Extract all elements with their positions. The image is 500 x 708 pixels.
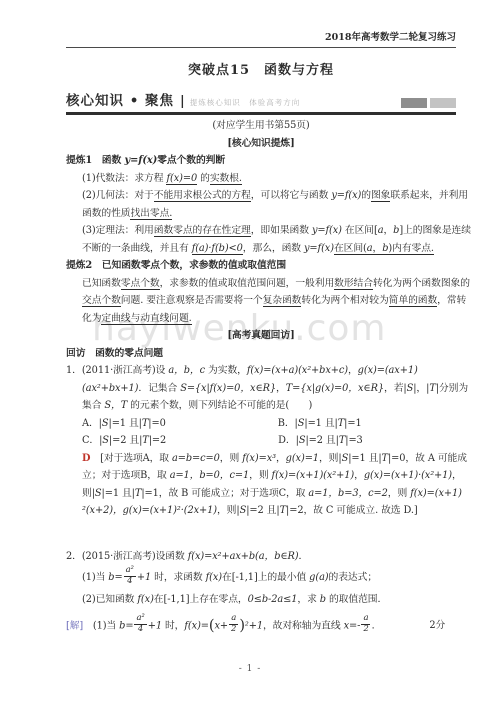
section-banner-blocks	[401, 98, 456, 108]
text-segment: ²(x+2)，g(x)=(x+1)²·(2x+1)	[82, 505, 217, 516]
text-segment: x=-	[344, 620, 361, 631]
text-segment: ，	[276, 453, 286, 464]
text-segment: 为实数，	[205, 365, 247, 376]
text-segment: A．|	[82, 418, 102, 429]
text-segment: (2)几何法：对于	[82, 190, 154, 201]
text-segment: 提炼1 函数	[66, 155, 125, 166]
text-segment: |=2 且|	[305, 435, 338, 446]
text-segment: f(x)=	[184, 620, 209, 631]
text-segment: (1)当	[83, 620, 119, 631]
text-segment: 集合	[82, 400, 104, 411]
text-segment: 提炼2 已知函数零点个数，求参数的值或取值范围	[66, 260, 286, 271]
text-segment: ，若|	[384, 383, 407, 394]
text-segment: ，常转	[437, 295, 466, 306]
text-segment: ，则	[220, 453, 242, 464]
section-banner-title: 核心知识 • 聚焦	[66, 89, 174, 109]
text-segment: 0≤b-2a≤1	[248, 594, 298, 605]
text-segment: b=	[108, 572, 122, 583]
text-segment: 的元素个数，则下列结论不可能的是( )	[127, 400, 312, 411]
text-line: C．|S|=2 且|T|=2D．|S|=2 且|T|=3	[66, 432, 456, 450]
text-line	[66, 520, 456, 548]
text-segment: 联系起来，并利用	[390, 190, 468, 201]
text-segment: [核心知识提炼]	[227, 138, 294, 149]
fraction: a2	[361, 614, 370, 635]
fraction: a2	[229, 614, 238, 635]
text-line: (2)几何法：对于不能用求根公式的方程，可以将它与函数 y=f(x)的图象联系起…	[66, 187, 456, 205]
text-segment: 的	[361, 190, 371, 201]
text-segment: |=0	[148, 418, 165, 429]
text-segment: 在[-1,1]上存在零点，	[154, 594, 248, 605]
text-line: 回访 函数的零点问题	[66, 345, 456, 363]
text-segment: S	[102, 418, 109, 429]
text-segment: x+	[214, 620, 228, 631]
text-line: 交点个数问题. 要注意观察是否需要将一个复杂函数转化为两个相对较为简单的函数，常…	[66, 292, 456, 310]
text-segment: 1．(2011·浙江高考)设	[66, 365, 168, 376]
text-segment: |=1 且|	[348, 453, 381, 464]
text-segment: [高考真题回访]	[227, 330, 294, 341]
text-line: [核心知识提炼]	[66, 135, 456, 153]
text-segment: |=1，故 B 可能成立；对于选项C，取	[141, 488, 308, 499]
text-segment: |=1 且|	[109, 418, 142, 429]
text-segment: f(x)=0	[166, 173, 197, 185]
text-segment: 图象	[371, 190, 390, 202]
text-segment: (2)已知函数	[82, 594, 137, 605]
text-line: 提炼1 函数 y=f(x)零点个数的判断	[66, 152, 456, 170]
text-line: [高考真题回访]	[66, 327, 456, 345]
document-page: hayiwenku.com 2018年高考数学二轮复习练习 突破点15 函数与方…	[0, 0, 500, 708]
text-segment: g(x)=(ax+1)	[358, 365, 418, 376]
text-line: 集合 S，T 的元素个数，则下列结论不可能的是( )	[66, 397, 456, 415]
section-banner-tagline: 提炼核心知识 体验高考方向	[190, 97, 301, 108]
text-segment: (1)当	[82, 572, 108, 583]
text-segment: 在区间[	[342, 225, 378, 236]
text-segment: D．|	[278, 435, 299, 446]
text-segment: 在区间(	[334, 243, 367, 255]
text-segment: [对于选项A，取	[90, 453, 172, 464]
text-segment: f(x)	[137, 594, 153, 605]
text-segment: 复杂函数	[263, 295, 302, 307]
text-segment: 找出零点.	[130, 208, 172, 220]
text-segment: 问题. 要注意观察是否需要将一个	[121, 295, 263, 306]
text-line: 已知函数零点个数，求参数的值或取值范围问题，一般利用数形结合转化为两个函数图象的	[66, 275, 456, 293]
text-segment: 2分	[429, 620, 445, 631]
text-segment: 的表达式；	[329, 572, 377, 583]
text-segment: ，故对称轴为直线	[263, 620, 344, 631]
text-segment: C．|	[82, 435, 102, 446]
page-number: - 1 -	[0, 664, 500, 674]
text-segment: ，即如果函数	[251, 225, 312, 236]
text-line: 提炼2 已知函数零点个数，求参数的值或取值范围	[66, 257, 456, 275]
text-segment: 交点个数	[82, 295, 121, 307]
text-segment: g(x)=(x+1)·(x²+1)	[364, 470, 452, 481]
page-title: 突破点15 函数与方程	[66, 59, 456, 78]
text-segment: f(x)=(x+a)(x²+bx+c)	[247, 365, 348, 376]
text-segment: 立；对于选项B，取	[82, 470, 170, 481]
text-segment: g(a)	[309, 572, 328, 583]
text-segment: [解]	[66, 620, 83, 631]
text-segment: 已知函数	[82, 278, 121, 289]
text-segment: 的取值范围．	[326, 594, 387, 605]
text-segment: y=f(x)	[125, 155, 158, 166]
text-segment: +1	[148, 620, 162, 631]
text-segment: 化为	[82, 313, 101, 324]
text-segment: ，	[348, 365, 358, 376]
text-segment: S	[102, 435, 109, 446]
text-segment: a，b，c	[168, 365, 205, 376]
text-line: (2)已知函数 f(x)在[-1,1]上存在零点，0≤b-2a≤1，求 b 的取…	[66, 591, 456, 609]
text-segment: |=1 且|	[304, 418, 337, 429]
text-segment: 数形结合	[334, 278, 373, 290]
text-segment: S={x|f(x)=0，x∈R}	[180, 383, 276, 394]
text-segment: |=1	[344, 418, 361, 429]
text-segment: ²+1	[245, 620, 263, 631]
text-segment: 在[-1,1]上的最小值	[222, 572, 309, 583]
text-segment: 函数的性质	[82, 208, 130, 219]
text-line: 2．(2015·浙江高考)设函数 f(x)=x²+ax+b(a，b∈R)．	[66, 548, 456, 566]
text-segment: 的	[197, 173, 210, 184]
decoration-block-light	[430, 98, 456, 108]
text-segment: ，则	[388, 488, 410, 499]
text-line: (1)代数法：求方程 f(x)=0 的实数根.	[66, 170, 456, 188]
text-line: A．|S|=1 且|T|=0B．|S|=1 且|T|=1	[66, 415, 456, 433]
text-line: ²(x+2)，g(x)=(x+1)²·(2x+1)，则|S|=2 且|T|=2，…	[66, 502, 456, 520]
text-segment: ，	[383, 225, 393, 236]
text-segment: ，	[354, 470, 364, 481]
text-line: 则|S|=1 且|T|=1，故 B 可能成立；对于选项C，取 a=1，b=3，c…	[66, 485, 456, 503]
decoration-block-dark	[401, 98, 427, 108]
text-segment: g(x)=1	[286, 453, 319, 464]
text-segment: ，	[276, 383, 286, 394]
text-segment: y=f(x)	[304, 243, 334, 254]
text-segment: ，	[373, 243, 383, 255]
fraction: a²4	[124, 566, 136, 587]
text-segment: (3)定理法：利用	[82, 225, 154, 236]
text-segment: a=b=c=0	[172, 453, 220, 464]
text-segment: |=2 且|	[109, 435, 142, 446]
text-segment: ，	[452, 470, 462, 481]
text-line: (对应学生用书第55页)	[66, 117, 456, 135]
section-banner: 核心知识 • 聚焦 | 提炼核心知识 体验高考方向	[66, 89, 456, 115]
text-segment: ，求参数的值或取值范围问题，一般利用	[160, 278, 335, 289]
text-segment: a=1，b=3，c=2	[308, 488, 387, 499]
text-segment: f(a)·f(b)<0	[192, 243, 243, 255]
text-segment: ，则|	[319, 453, 342, 464]
text-segment: |=2，故 C 可能成立. 故选 D.]	[286, 505, 418, 516]
section-banner-left: 核心知识 • 聚焦 | 提炼核心知识 体验高考方向	[66, 89, 300, 109]
text-segment: 简单的函数	[389, 295, 437, 307]
text-segment: 回访 函数的零点问题	[66, 348, 163, 359]
text-segment: |=1 且|	[102, 488, 135, 499]
text-segment: f(x)	[206, 572, 222, 583]
text-segment: a=1，b=0，c=1	[170, 470, 249, 481]
text-segment: ，求	[297, 594, 319, 605]
text-segment: 时，求函数	[151, 572, 206, 583]
text-segment: |=3	[345, 435, 362, 446]
text-segment: (ax²+bx+1)	[82, 383, 138, 394]
text-segment: T={x|g(x)=0，x∈R}	[286, 383, 384, 394]
text-segment: S，T	[104, 400, 127, 411]
text-segment: 定曲线与动直线问题.	[101, 313, 191, 325]
text-segment: B．|	[278, 418, 298, 429]
text-line: 1．(2011·浙江高考)设 a，b，c 为实数，f(x)=(x+a)(x²+b…	[66, 362, 456, 380]
text-line: [解] (1)当 b=a²4+1 时，f(x)=(x+a2)²+1，故对称轴为直…	[66, 609, 456, 644]
text-segment: 时，	[162, 620, 184, 631]
text-line: (ax²+bx+1)．记集合 S={x|f(x)=0，x∈R}，T={x|g(x…	[66, 380, 456, 398]
text-segment: 零点个数	[121, 278, 160, 290]
text-segment: (对应学生用书第55页)	[212, 120, 309, 131]
text-segment: 函数零点的存在性定理	[154, 225, 251, 237]
text-line: 函数的性质找出零点.	[66, 205, 456, 223]
text-segment: (1)代数法：求方程	[82, 173, 166, 184]
text-segment: |，|	[413, 383, 429, 394]
text-segment: 转化为两个相对较为	[301, 295, 388, 306]
text-segment: ]上的图象是连续	[399, 225, 471, 236]
text-segment: 2．(2015·浙江高考)设函数	[66, 551, 188, 562]
text-segment: 则|	[82, 488, 95, 499]
text-segment: ，则	[249, 470, 271, 481]
text-line: 立；对于选项B，取 a=1，b=0，c=1，则 f(x)=(x+1)(x²+1)…	[66, 467, 456, 485]
text-segment: f(x)=x³	[242, 453, 276, 464]
page-content: 2018年高考数学二轮复习练习 突破点15 函数与方程 核心知识 • 聚焦 | …	[66, 0, 456, 643]
text-segment: )内有零点.	[388, 243, 434, 255]
text-segment: S	[95, 488, 102, 499]
text-segment: b=	[119, 620, 133, 631]
text-line: 化为定曲线与动直线问题.	[66, 310, 456, 328]
text-segment: 不能用求根公式的方程	[154, 190, 251, 202]
text-segment: y=f(x)	[331, 190, 361, 201]
text-line: (1)当 b=a²4+1 时，求函数 f(x)在[-1,1]上的最小值 g(a)…	[66, 565, 456, 591]
text-segment: f(x)=x²+ax+b(a，b∈R)	[188, 551, 299, 562]
fraction: a²4	[134, 614, 146, 635]
text-segment: ．	[299, 551, 309, 562]
text-segment: 实数根.	[210, 173, 242, 185]
text-segment: a	[367, 243, 373, 255]
document-header: 2018年高考数学二轮复习练习	[66, 0, 456, 48]
text-segment: ．记集合	[138, 383, 180, 394]
text-line: D [对于选项A，取 a=b=c=0，则 f(x)=x³，g(x)=1，则|S|…	[66, 450, 456, 468]
text-segment: ，可以将它与函数	[251, 190, 332, 201]
text-segment: ．	[372, 620, 382, 631]
text-segment: |=0，故 A 可能成	[388, 453, 467, 464]
text-segment: y=f(x)	[312, 225, 342, 236]
text-segment: f(x)=(x+1)(x²+1)	[272, 470, 355, 481]
text-segment: 转化为两个函数图象的	[373, 278, 470, 289]
text-segment: |=2	[149, 435, 166, 446]
text-line: 不断的一条曲线，并且有 f(a)·f(b)<0，那么，函数 y=f(x)在区间(…	[66, 240, 456, 258]
text-segment: ，那么，函数	[243, 243, 304, 254]
text-segment: 零点个数的判断	[157, 155, 225, 166]
text-line: (3)定理法：利用函数零点的存在性定理，即如果函数 y=f(x) 在区间[a，b…	[66, 222, 456, 240]
text-segment: |=2 且|	[246, 505, 279, 516]
text-segment: ，则|	[217, 505, 240, 516]
section-banner-separator: |	[180, 94, 185, 109]
text-segment: +1	[137, 572, 151, 583]
text-segment: |分别为	[436, 383, 468, 394]
text-segment: 不断的一条曲线，并且有	[82, 243, 192, 254]
document-body: (对应学生用书第55页)[核心知识提炼]提炼1 函数 y=f(x)零点个数的判断…	[66, 117, 456, 643]
text-segment: f(x)=(x+1)	[410, 488, 462, 499]
